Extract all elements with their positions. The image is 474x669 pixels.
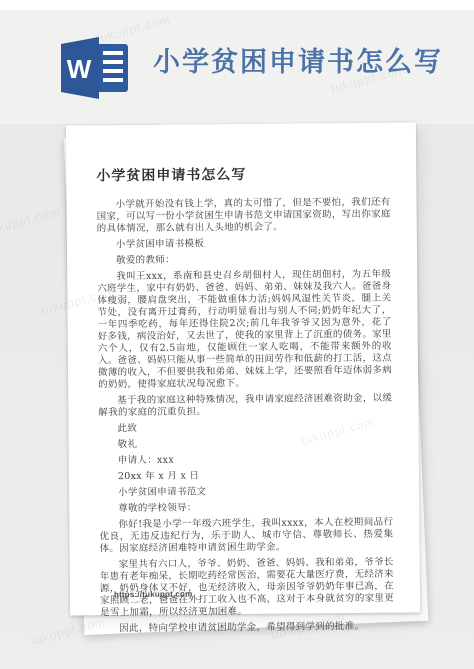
page-footer-url: https://tukuppt.com: [114, 589, 193, 599]
paragraph-date: 20xx 年 x 月 x 日: [99, 469, 393, 484]
paragraph-family-situation-2: 家里共有六口人，爷爷、奶奶、爸爸、妈妈、我和弟弟，爷爷长年患有老年痴呆，长期吃药…: [100, 557, 395, 620]
document-page: 小学贫困申请书怎么写 小学就开始没有钱上学，真的太可惜了，但是不要怕，我们还有国…: [66, 122, 420, 615]
paragraph-salutation: 敬爱的教师：: [97, 253, 391, 268]
paragraph-self-intro: 你好!我是小学一年级六班学生，我叫xxxx，本人在校期间品行优良，无违反违纪行为…: [99, 517, 393, 556]
paragraph-closing: 因此，特向学校申请贫困助学金，希望得到学到的批准。: [100, 621, 394, 636]
paragraph-sample-heading: 小学贫困申请书范文: [99, 485, 393, 500]
paragraph-template-heading: 小学贫困申请书模板: [97, 237, 391, 252]
header-bar: W 小学贫困申请书怎么写: [0, 10, 474, 124]
paragraph-salutation-2: 尊敬的学校领导：: [99, 501, 393, 516]
paragraph-applicant: 申请人：xxx: [99, 453, 393, 468]
document-area: 小学贫困申请书怎么写 小学就开始没有钱上学，真的太可惜了，但是不要怕，我们还有国…: [0, 124, 474, 669]
svg-text:W: W: [67, 54, 92, 84]
paragraph-jingli: 敬礼: [99, 437, 393, 452]
paragraph-family-situation: 我叫王xxx，系南和县史召乡胡佃村人，现住胡佃村，为五年级六班学生，家中有奶奶、…: [97, 269, 392, 392]
paragraph-cizhi: 此致: [98, 421, 392, 436]
template-preview-screen: W 小学贫困申请书怎么写 小学贫困申请书怎么写 小学就开始没有钱上学，真的太可惜…: [0, 0, 474, 669]
top-strip: [0, 0, 474, 10]
word-icon: W: [59, 37, 131, 99]
page-title: 小学贫困申请书怎么写: [153, 40, 443, 79]
document-title: 小学贫困申请书怎么写: [96, 163, 390, 186]
watermark: tukuppt.com: [0, 204, 62, 237]
paragraph-request: 基于我的家庭这种特殊情况，我申请家庭经济困难资助金，以缓解我的家庭的沉重负担。: [98, 393, 392, 420]
paragraph-intro: 小学就开始没有钱上学，真的太可惜了，但是不要怕，我们还有国家，可以写一份小学贫困…: [97, 197, 391, 236]
